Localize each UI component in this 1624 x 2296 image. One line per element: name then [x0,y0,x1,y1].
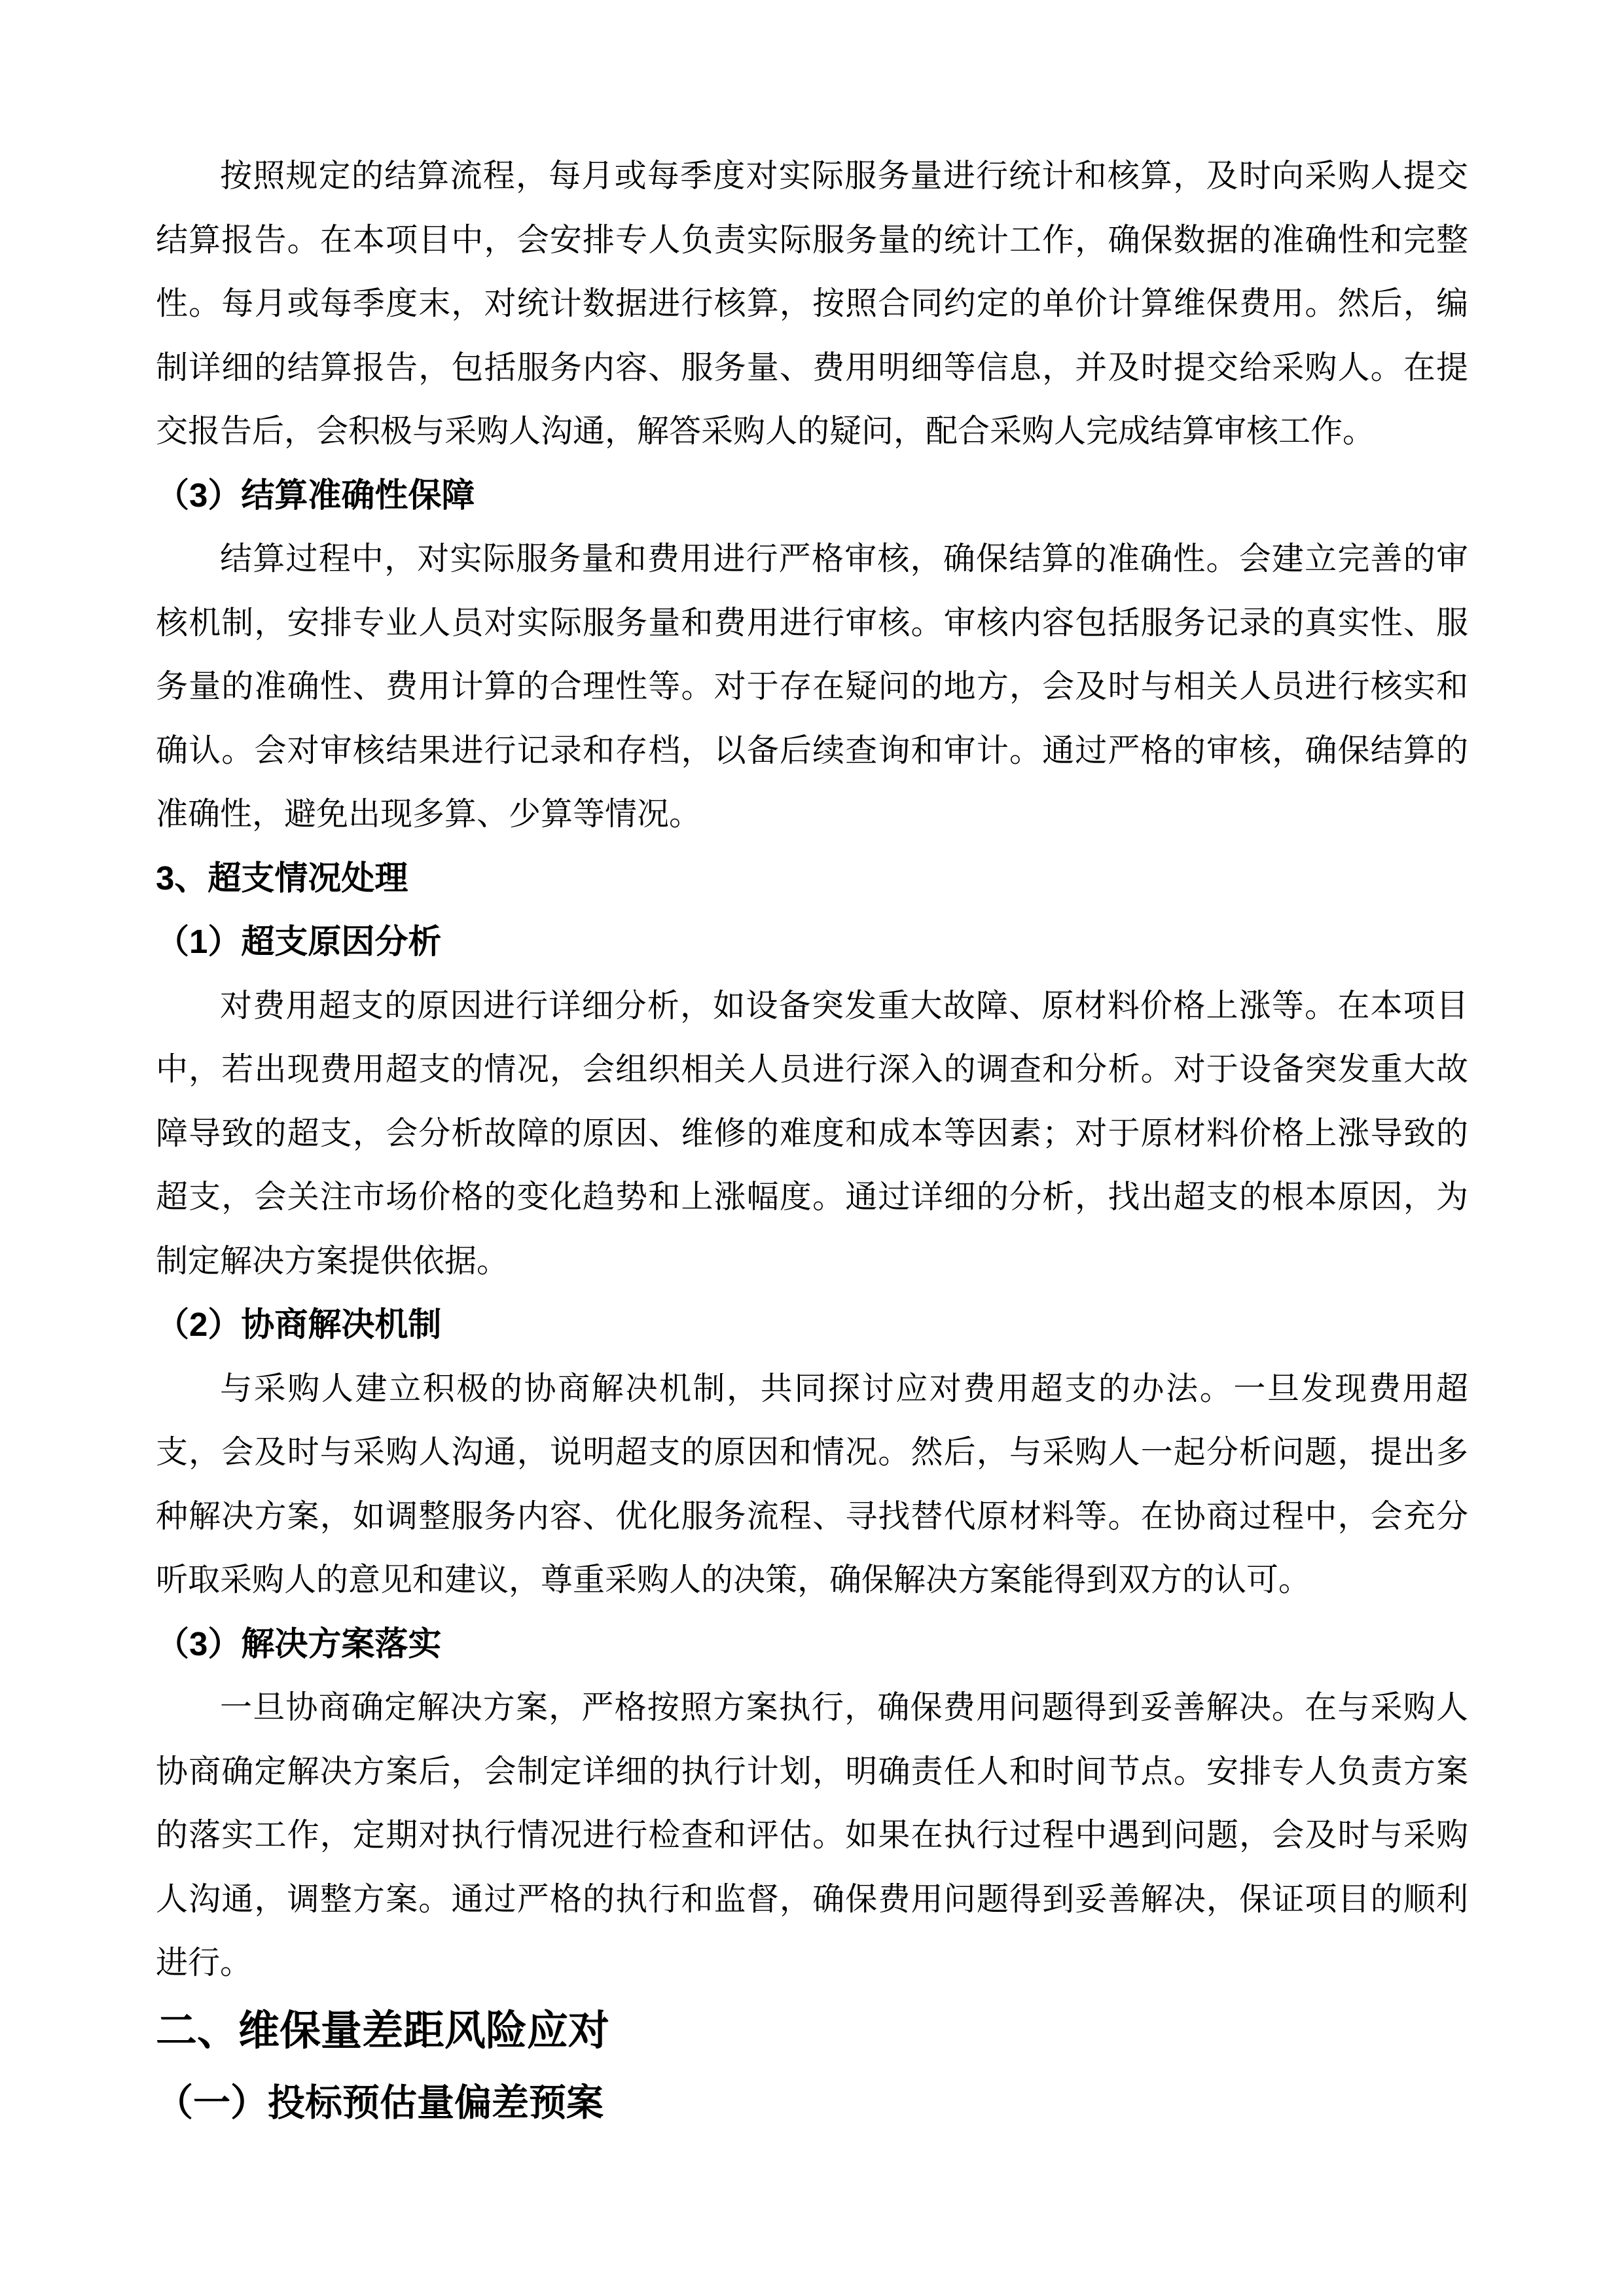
paragraph-settlement-statistics: 按照规定的结算流程，每月或每季度对实际服务量进行统计和核算，及时向采购人提交结算… [156,144,1468,463]
heading-settlement-accuracy-guarantee: （3）结算准确性保障 [156,463,1468,528]
paragraph-overspend-analysis: 对费用超支的原因进行详细分析，如设备突发重大故障、原材料价格上涨等。在本项目中，… [156,974,1468,1293]
heading-bid-estimate-deviation-plan: （一）投标预估量偏差预案 [156,2067,1468,2139]
paragraph-negotiation: 与采购人建立积极的协商解决机制，共同探讨应对费用超支的办法。一旦发现费用超支，会… [156,1357,1468,1612]
heading-solution-implementation: （3）解决方案落实 [156,1612,1468,1676]
heading-overspend-handling: 3、超支情况处理 [156,846,1468,910]
document-page: 按照规定的结算流程，每月或每季度对实际服务量进行统计和核算，及时向采购人提交结算… [0,0,1624,2296]
heading-maintenance-gap-risk: 二、维保量差距风险应对 [156,1995,1468,2067]
heading-overspend-cause-analysis: （1）超支原因分析 [156,910,1468,974]
paragraph-implementation: 一旦协商确定解决方案，严格按照方案执行，确保费用问题得到妥善解决。在与采购人协商… [156,1676,1468,1995]
heading-negotiation-mechanism: （2）协商解决机制 [156,1293,1468,1357]
paragraph-settlement-audit: 结算过程中，对实际服务量和费用进行严格审核，确保结算的准确性。会建立完善的审核机… [156,527,1468,846]
